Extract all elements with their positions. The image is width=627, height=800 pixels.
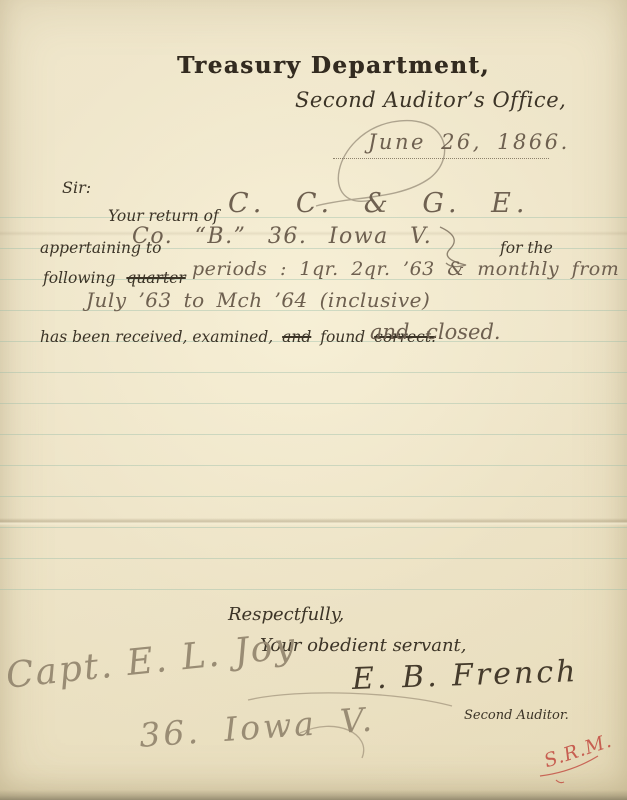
auditor-title: Second Auditor.: [464, 708, 569, 723]
periods-handwritten: periods : 1qr. 2qr. ’63 & monthly from: [192, 258, 619, 280]
date-handwritten: June 26, 1866.: [368, 130, 570, 154]
letter-page: Treasury Department, Second Auditor’s Of…: [0, 0, 627, 800]
following-label: following quarter: [43, 269, 186, 287]
respectfully-line: Respectfully,: [228, 604, 344, 625]
received-text: has been received, examined,: [40, 328, 273, 346]
july-mch-handwritten: July ’63 to Mch ’64 (inclusive): [86, 288, 430, 312]
letterhead-department: Treasury Department,: [40, 52, 627, 79]
return-of-label: Your return of: [108, 207, 219, 225]
return-of-value: C. C. & G. E.: [228, 188, 529, 219]
red-clerk-initials: S.R.M.: [541, 730, 615, 773]
paper-bottom-edge: [0, 790, 627, 800]
and-closed-handwritten: and closed.: [370, 320, 501, 344]
auditor-signature: E. B. French: [351, 654, 579, 697]
quarter-word-struck: quarter: [126, 269, 185, 287]
fold-crease-lower: [0, 518, 627, 526]
for-the-label: for the: [500, 239, 553, 257]
recipient-unit-handwritten: 36. Iowa V.: [138, 700, 376, 755]
following-word: following: [43, 269, 115, 287]
found-word: found: [320, 328, 365, 346]
salutation: Sir:: [62, 178, 91, 197]
and-word-struck: and: [282, 328, 311, 346]
recipient-name-handwritten: Capt. E. L. Joy: [4, 625, 298, 696]
appertaining-value: Co. “B.” 36. Iowa V.: [132, 224, 432, 249]
letterhead-office: Second Auditor’s Office,: [295, 88, 566, 112]
